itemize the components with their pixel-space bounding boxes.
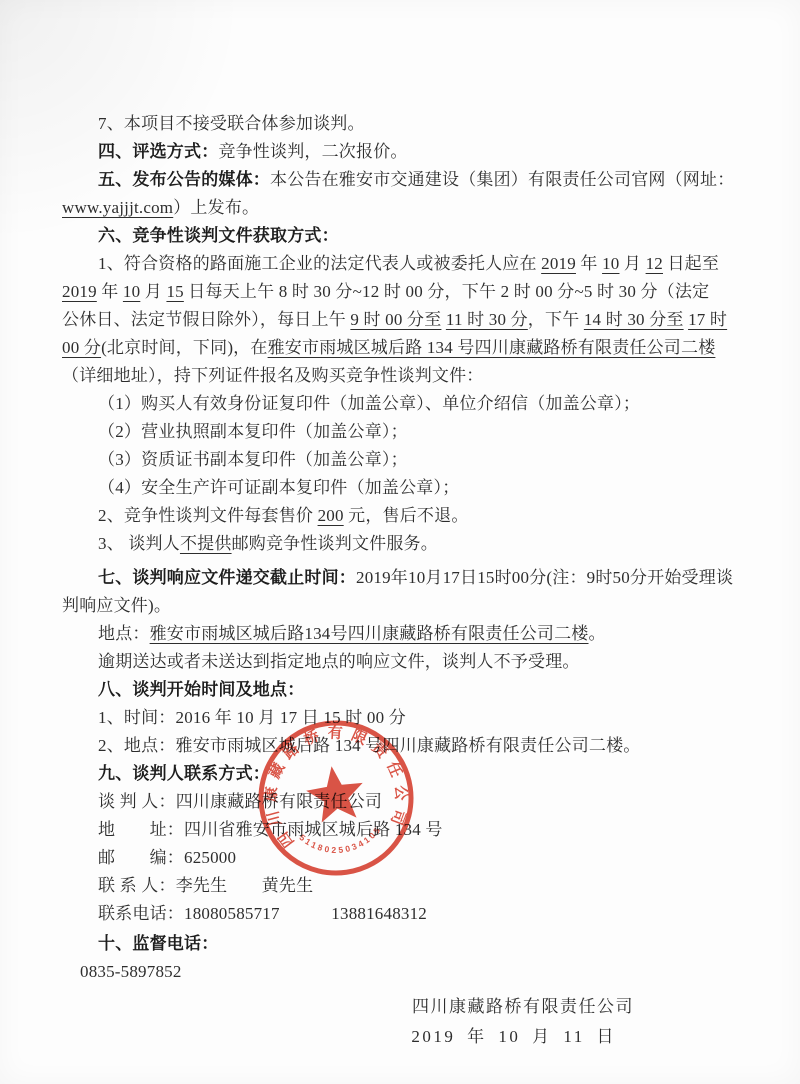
text-segment: 3、 谈判人 [98, 534, 180, 553]
doc-line: 联系电话：18080585717 13881648312 [62, 900, 746, 928]
doc-line: 7、本项目不接受联合体参加谈判。 [62, 110, 746, 138]
doc-line: 1、时间：2016 年 10 月 17 日 15 时 00 分 [62, 704, 746, 732]
text-segment: 邮购竞争性谈判文件服务。 [232, 534, 438, 553]
heading-text: 七、谈判响应文件递交截止时间： [98, 568, 356, 587]
underlined-text: 2019 [62, 282, 97, 301]
underlined-text: 10 [602, 254, 619, 273]
doc-line: 九、谈判人联系方式： [62, 760, 746, 788]
doc-line: 逾期送达或者未送达到指定地点的响应文件，谈判人不予受理。 [62, 648, 746, 676]
doc-line: 1、符合资格的路面施工企业的法定代表人或被委托人应在 2019 年 10 月 1… [62, 250, 746, 278]
underlined-text: 雅安市雨城区城后路 134 号四川康藏路桥有限责任公司二楼 [268, 338, 716, 357]
text-segment: 逾期送达或者未送达到指定地点的响应文件，谈判人不予受理。 [98, 652, 580, 671]
text-segment: 判响应文件)。 [62, 596, 171, 615]
doc-line: 2、地点：雅安市雨城区城后路 134 号四川康藏路桥有限责任公司二楼。 [62, 732, 746, 760]
doc-line: （3）资质证书副本复印件（加盖公章）； [62, 446, 746, 474]
underlined-text: 17 时 [688, 310, 727, 329]
text-segment: 2、地点：雅安市雨城区城后路 134 号四川康藏路桥有限责任公司二楼。 [98, 736, 641, 755]
signature-date: 2019 年 10 月 11 日 [62, 1022, 746, 1052]
text-segment: 月 [140, 282, 166, 301]
heading-text: 八、谈判开始时间及地点： [98, 680, 304, 699]
underlined-text: 14 时 30 分至 [584, 310, 684, 329]
text-segment: 年 [97, 282, 123, 301]
text-segment: 本公告在雅安市交通建设（集团）有限责任公司官网（网址： [270, 170, 734, 189]
underlined-text: www.yajjjt.com [62, 198, 173, 217]
doc-line: 2019 年 10 月 15 日每天上午 8 时 30 分~12 时 00 分，… [62, 278, 746, 306]
underlined-text: 9 时 00 分至 [350, 310, 441, 329]
heading-text: 五、发布公告的媒体： [98, 170, 270, 189]
text-segment: （4）安全生产许可证副本复印件（加盖公章）； [98, 478, 459, 497]
text-segment: 谈 判 人：四川康藏路桥有限责任公司 [98, 792, 382, 811]
doc-line: 五、发布公告的媒体：本公告在雅安市交通建设（集团）有限责任公司官网（网址： [62, 166, 746, 194]
doc-line: 地 址：四川省雅安市雨城区城后路 134 号 [62, 816, 746, 844]
doc-line: 00 分(北京时间，下同)，在雅安市雨城区城后路 134 号四川康藏路桥有限责任… [62, 334, 746, 362]
text-segment: 元，售后不退。 [344, 506, 469, 525]
doc-line: www.yajjjt.com）上发布。 [62, 194, 746, 222]
underlined-text: 12 [646, 254, 663, 273]
doc-line: （1）购买人有效身份证复印件（加盖公章）、单位介绍信（加盖公章）； [62, 390, 746, 418]
doc-line: 2、竞争性谈判文件每套售价 200 元，售后不退。 [62, 502, 746, 530]
doc-line: 联 系 人：李先生 黄先生 [62, 872, 746, 900]
text-segment: 日每天上午 8 时 30 分~12 时 00 分，下午 2 时 00 分~5 时… [184, 282, 709, 301]
text-segment: 。 [589, 624, 606, 643]
underlined-text: 11 时 30 分 [446, 310, 528, 329]
doc-line: 邮 编：625000 [62, 844, 746, 872]
underlined-text: 15 [166, 282, 183, 301]
document-lines: 7、本项目不接受联合体参加谈判。四、评选方式：竞争性谈判，二次报价。五、发布公告… [62, 110, 746, 986]
text-segment: 邮 编：625000 [98, 848, 236, 867]
text-segment: 日起至 [663, 254, 719, 273]
text-segment: ）上发布。 [173, 198, 259, 217]
underlined-text: 00 分 [62, 338, 101, 357]
doc-line: 四、评选方式：竞争性谈判，二次报价。 [62, 138, 746, 166]
document-body: 7、本项目不接受联合体参加谈判。四、评选方式：竞争性谈判，二次报价。五、发布公告… [62, 110, 746, 1052]
doc-line: 0835-5897852 [62, 958, 746, 986]
text-segment: ，下午 [528, 310, 584, 329]
text-segment: （1）购买人有效身份证复印件（加盖公章）、单位介绍信（加盖公章）； [98, 394, 640, 413]
text-segment: 1、时间：2016 年 10 月 17 日 15 时 00 分 [98, 708, 406, 727]
doc-line: （2）营业执照副本复印件（加盖公章）； [62, 418, 746, 446]
text-segment: 月 [619, 254, 645, 273]
text-segment: 2019年10月17日15时00分(注：9时50分开始受理谈 [356, 568, 733, 587]
text-segment: 0835-5897852 [80, 962, 182, 981]
heading-text: 六、竞争性谈判文件获取方式： [98, 226, 339, 245]
underlined-text: 不提供 [180, 534, 232, 553]
doc-line: 地点：雅安市雨城区城后路134号四川康藏路桥有限责任公司二楼。 [62, 620, 746, 648]
heading-text: 四、评选方式： [98, 142, 218, 161]
doc-line: 公休日、法定节假日除外），每日上午 9 时 00 分至 11 时 30 分，下午… [62, 306, 746, 334]
text-segment: （3）资质证书副本复印件（加盖公章）； [98, 450, 408, 469]
heading-text: 十、监督电话： [98, 934, 218, 953]
text-segment: （2）营业执照副本复印件（加盖公章）； [98, 422, 408, 441]
doc-line: （详细地址），持下列证件报名及购买竞争性谈判文件： [62, 362, 746, 390]
text-segment: 地点： [98, 624, 150, 643]
doc-line: （4）安全生产许可证副本复印件（加盖公章）； [62, 474, 746, 502]
underlined-text: 200 [318, 506, 344, 525]
doc-line: 十、监督电话： [62, 930, 746, 958]
scanned-document-page: 7、本项目不接受联合体参加谈判。四、评选方式：竞争性谈判，二次报价。五、发布公告… [0, 0, 800, 1084]
text-segment: 2、竞争性谈判文件每套售价 [98, 506, 318, 525]
underlined-text: 10 [123, 282, 140, 301]
text-segment: 公休日、法定节假日除外），每日上午 [62, 310, 350, 329]
heading-text: 九、谈判人联系方式： [98, 764, 270, 783]
underlined-text: 雅安市雨城区城后路134号四川康藏路桥有限责任公司二楼 [150, 624, 589, 643]
doc-line: 判响应文件)。 [62, 592, 746, 620]
doc-line: 谈 判 人：四川康藏路桥有限责任公司 [62, 788, 746, 816]
doc-line: 七、谈判响应文件递交截止时间：2019年10月17日15时00分(注：9时50分… [62, 564, 746, 592]
doc-line: 六、竞争性谈判文件获取方式： [62, 222, 746, 250]
text-segment: 地 址：四川省雅安市雨城区城后路 134 号 [98, 820, 443, 839]
text-segment: 联 系 人：李先生 黄先生 [98, 876, 313, 895]
text-segment: 竞争性谈判，二次报价。 [218, 142, 407, 161]
text-segment: (北京时间，下同)，在 [101, 338, 268, 357]
doc-line: 八、谈判开始时间及地点： [62, 676, 746, 704]
underlined-text: 2019 [541, 254, 576, 273]
signature-block: 四川康藏路桥有限责任公司 2019 年 10 月 11 日 [62, 992, 746, 1052]
text-segment: 7、本项目不接受联合体参加谈判。 [98, 114, 365, 133]
text-segment: 联系电话：18080585717 13881648312 [98, 904, 427, 923]
text-segment: （详细地址），持下列证件报名及购买竞争性谈判文件： [62, 366, 484, 385]
doc-line: 3、 谈判人不提供邮购竞争性谈判文件服务。 [62, 530, 746, 558]
signature-company: 四川康藏路桥有限责任公司 [62, 992, 746, 1022]
text-segment: 1、符合资格的路面施工企业的法定代表人或被委托人应在 [98, 254, 541, 273]
text-segment: 年 [576, 254, 602, 273]
